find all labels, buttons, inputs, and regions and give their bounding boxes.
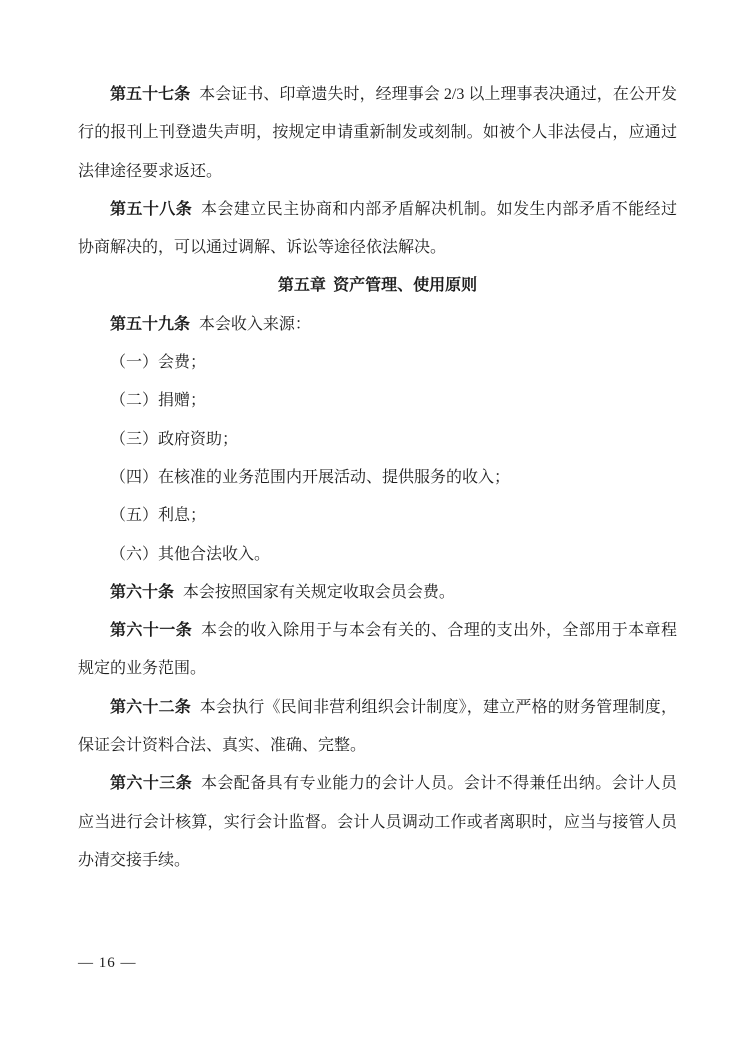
- page-number: — 16 —: [78, 952, 137, 974]
- article-paragraph: 第五十九条本会收入来源：: [78, 306, 677, 344]
- article-number: 第六十条: [110, 584, 174, 601]
- article-paragraph: 第六十三条本会配备具有专业能力的会计人员。会计不得兼任出纳。会计人员应当进行会计…: [78, 765, 677, 880]
- document-body: 第五十七条本会证书、印章遗失时，经理事会 2/3 以上理事表决通过，在公开发行的…: [78, 76, 677, 880]
- list-item: （五）利息；: [78, 497, 677, 535]
- document-page: 第五十七条本会证书、印章遗失时，经理事会 2/3 以上理事表决通过，在公开发行的…: [0, 0, 753, 1064]
- article-paragraph: 第六十二条本会执行《民间非营利组织会计制度》，建立严格的财务管理制度，保证会计资…: [78, 689, 677, 766]
- chapter-title: 资产管理、使用原则: [333, 277, 477, 294]
- article-paragraph: 第六十条本会按照国家有关规定收取会员会费。: [78, 574, 677, 612]
- list-item: （四）在核准的业务范围内开展活动、提供服务的收入；: [78, 459, 677, 497]
- list-item: （一）会费；: [78, 344, 677, 382]
- list-item-text: （四）在核准的业务范围内开展活动、提供服务的收入；: [110, 469, 510, 486]
- list-item-text: （五）利息；: [110, 507, 206, 524]
- chapter-number: 第五章: [278, 277, 326, 294]
- article-number: 第六十一条: [110, 622, 192, 639]
- list-item: （六）其他合法收入。: [78, 536, 677, 574]
- list-item-text: （一）会费；: [110, 354, 206, 371]
- chapter-heading: 第五章资产管理、使用原则: [78, 267, 677, 305]
- list-item: （三）政府资助；: [78, 421, 677, 459]
- article-number: 第五十九条: [110, 316, 190, 333]
- article-text: 本会收入来源：: [199, 316, 311, 333]
- article-paragraph: 第六十一条本会的收入除用于与本会有关的、合理的支出外，全部用于本章程规定的业务范…: [78, 612, 677, 689]
- list-item-text: （六）其他合法收入。: [110, 546, 270, 563]
- article-number: 第六十二条: [110, 699, 191, 716]
- list-item-text: （二）捐赠；: [110, 392, 206, 409]
- list-item-text: （三）政府资助；: [110, 431, 238, 448]
- article-number: 第五十七条: [110, 86, 190, 103]
- article-text: 本会按照国家有关规定收取会员会费。: [183, 584, 455, 601]
- list-item: （二）捐赠；: [78, 382, 677, 420]
- article-number: 第六十三条: [110, 775, 192, 792]
- article-paragraph: 第五十七条本会证书、印章遗失时，经理事会 2/3 以上理事表决通过，在公开发行的…: [78, 76, 677, 191]
- article-number: 第五十八条: [110, 201, 192, 218]
- article-paragraph: 第五十八条本会建立民主协商和内部矛盾解决机制。如发生内部矛盾不能经过协商解决的，…: [78, 191, 677, 268]
